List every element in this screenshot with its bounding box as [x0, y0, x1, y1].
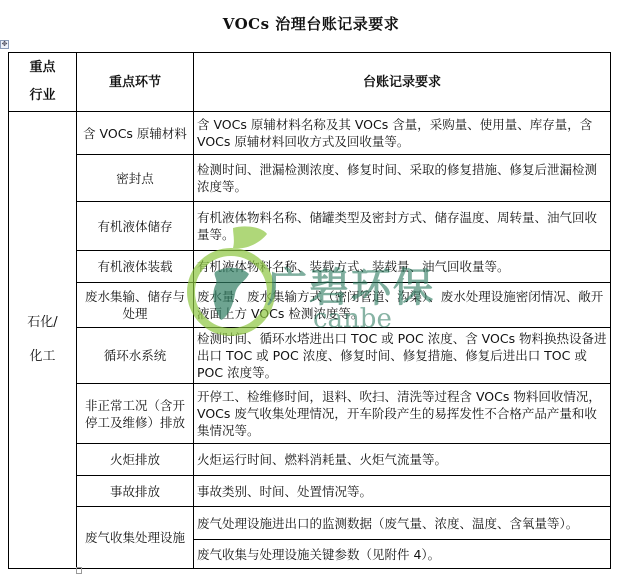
step-cell: 有机液体装载: [77, 251, 194, 283]
table-row: 密封点 检测时间、泄漏检测浓度、修复时间、采取的修复措施、修复后泄漏检测浓度等。: [9, 155, 611, 202]
step-cell: 非正常工况（含开停工及维修）排放: [77, 384, 194, 444]
requirement-cell: 火炬运行时间、燃料消耗量、火炬气流量等。: [194, 444, 611, 476]
table-header-row: 重点 行业 重点环节 台账记录要求: [9, 53, 611, 112]
step-cell: 循环水系统: [77, 328, 194, 384]
table-row: 事故排放 事故类别、时间、处置情况等。: [9, 476, 611, 507]
requirement-cell: 检测时间、泄漏检测浓度、修复时间、采取的修复措施、修复后泄漏检测浓度等。: [194, 155, 611, 202]
table-end-marker: [76, 567, 82, 574]
requirement-cell: 有机液体物料名称、装载方式、装载量、油气回收量等。: [194, 251, 611, 283]
requirement-cell: 废气收集与处理设施关键参数（见附件 4）。: [194, 540, 611, 569]
industry-cell: 石化/ 化工: [9, 112, 77, 569]
step-cell: 事故排放: [77, 476, 194, 507]
table-row: 废气收集处理设施 废气处理设施进出口的监测数据（废气量、浓度、温度、含氧量等）。: [9, 507, 611, 540]
requirement-cell: 废水量、废水集输方式（密闭管道、沟渠）、废水处理设施密闭情况、敞开液面上方 VO…: [194, 283, 611, 328]
table-row: 循环水系统 检测时间、循环水塔进出口 TOC 或 POC 浓度、含 VOCs 物…: [9, 328, 611, 384]
step-cell: 火炬排放: [77, 444, 194, 476]
table-row: 废水集输、储存与处理 废水量、废水集输方式（密闭管道、沟渠）、废水处理设施密闭情…: [9, 283, 611, 328]
requirement-cell: 开停工、检维修时间，退料、吹扫、清洗等过程含 VOCs 物料回收情况，VOCs …: [194, 384, 611, 444]
table-move-handle-icon[interactable]: ✥: [0, 40, 9, 49]
requirement-cell: 事故类别、时间、处置情况等。: [194, 476, 611, 507]
document-title: VOCs 治理台账记录要求: [0, 13, 622, 34]
requirement-cell: 含 VOCs 原辅材料名称及其 VOCs 含量，采购量、使用量、库存量，含 VO…: [194, 112, 611, 155]
header-ledger-requirement: 台账记录要求: [194, 53, 611, 112]
table-row: 石化/ 化工 含 VOCs 原辅材料 含 VOCs 原辅材料名称及其 VOCs …: [9, 112, 611, 155]
table-row: 火炬排放 火炬运行时间、燃料消耗量、火炬气流量等。: [9, 444, 611, 476]
table-row: 有机液体储存 有机液体物料名称、储罐类型及密封方式、储存温度、周转量、油气回收量…: [9, 202, 611, 251]
step-cell: 密封点: [77, 155, 194, 202]
header-industry: 重点 行业: [9, 53, 77, 112]
requirement-cell: 检测时间、循环水塔进出口 TOC 或 POC 浓度、含 VOCs 物料换热设备进…: [194, 328, 611, 384]
ledger-requirements-table: 重点 行业 重点环节 台账记录要求 石化/ 化工 含 VOCs 原辅材料 含 V…: [8, 52, 611, 569]
table-row: 有机液体装载 有机液体物料名称、装载方式、装载量、油气回收量等。: [9, 251, 611, 283]
header-key-step: 重点环节: [77, 53, 194, 112]
requirement-cell: 有机液体物料名称、储罐类型及密封方式、储存温度、周转量、油气回收量等。: [194, 202, 611, 251]
step-cell: 废气收集处理设施: [77, 507, 194, 569]
table-row: 非正常工况（含开停工及维修）排放 开停工、检维修时间，退料、吹扫、清洗等过程含 …: [9, 384, 611, 444]
step-cell: 含 VOCs 原辅材料: [77, 112, 194, 155]
requirement-cell: 废气处理设施进出口的监测数据（废气量、浓度、温度、含氧量等）。: [194, 507, 611, 540]
step-cell: 废水集输、储存与处理: [77, 283, 194, 328]
step-cell: 有机液体储存: [77, 202, 194, 251]
